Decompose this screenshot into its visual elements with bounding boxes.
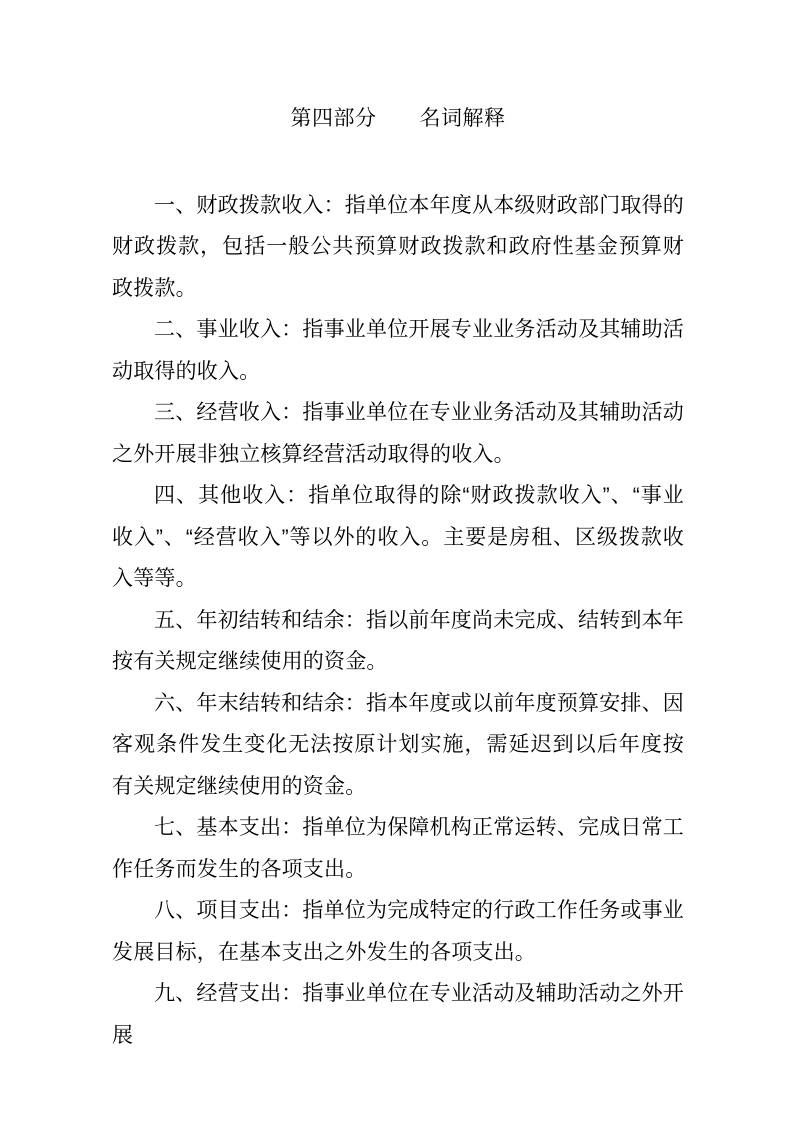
paragraph-operational-income: 二、事业收入：指事业单位开展专业业务活动及其辅助活动取得的收入。	[112, 309, 684, 392]
document-page: 第四部分 名词解释 一、财政拨款收入：指单位本年度从本级财政部门取得的财政拨款，…	[0, 0, 793, 1122]
paragraph-basic-expenditure: 七、基本支出：指单位为保障机构正常运转、完成日常工作任务而发生的各项支出。	[112, 807, 684, 890]
paragraph-other-income: 四、其他收入：指单位取得的除“财政拨款收入”、“事业收入”、“经营收入”等以外的…	[112, 475, 684, 600]
section-title: 第四部分 名词解释	[112, 98, 684, 140]
paragraph-year-start-carryover: 五、年初结转和结余：指以前年度尚未完成、结转到本年按有关规定继续使用的资金。	[112, 600, 684, 683]
paragraph-business-expenditure: 九、经营支出：指事业单位在专业活动及辅助活动之外开展	[112, 973, 684, 1056]
document-content: 第四部分 名词解释 一、财政拨款收入：指单位本年度从本级财政部门取得的财政拨款，…	[112, 98, 684, 1056]
paragraph-year-end-carryover: 六、年末结转和结余：指本年度或以前年度预算安排、因客观条件发生变化无法按原计划实…	[112, 683, 684, 808]
paragraph-business-income: 三、经营收入：指事业单位在专业业务活动及其辅助活动之外开展非独立核算经营活动取得…	[112, 392, 684, 475]
paragraph-project-expenditure: 八、项目支出：指单位为完成特定的行政工作任务或事业发展目标，在基本支出之外发生的…	[112, 890, 684, 973]
paragraph-fiscal-appropriation-income: 一、财政拨款收入：指单位本年度从本级财政部门取得的财政拨款，包括一般公共预算财政…	[112, 185, 684, 310]
